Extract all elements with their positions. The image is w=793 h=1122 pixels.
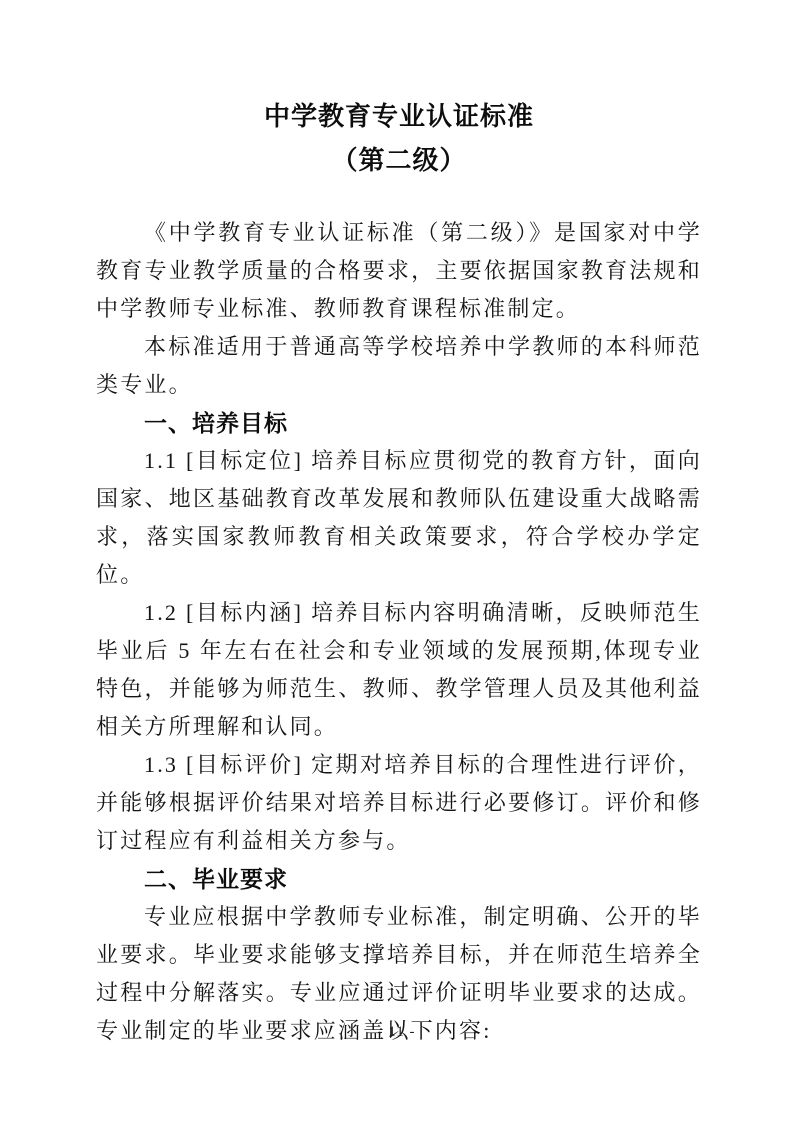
document-title: 中学教育专业认证标准	[96, 94, 702, 138]
paragraph-intro: 《中学教育专业认证标准（第二级）》是国家对中学教育专业教学质量的合格要求，主要依…	[96, 214, 702, 328]
document-subtitle: （第二级）	[96, 138, 702, 182]
document-page: 中学教育专业认证标准 （第二级） 《中学教育专业认证标准（第二级）》是国家对中学…	[0, 0, 793, 1122]
page-number: - 11 -	[0, 1022, 793, 1042]
paragraph-1-3-objective-evaluation: 1.3 [目标评价] 定期对培养目标的合理性进行评价，并能够根据评价结果对培养目…	[96, 746, 702, 860]
paragraph-scope: 本标准适用于普通高等学校培养中学教师的本科师范类专业。	[96, 328, 702, 404]
heading-section-2-graduation-requirements: 二、毕业要求	[96, 860, 702, 898]
heading-section-1-training-objectives: 一、培养目标	[96, 404, 702, 442]
document-body: 《中学教育专业认证标准（第二级）》是国家对中学教育专业教学质量的合格要求，主要依…	[96, 214, 702, 1050]
paragraph-1-2-objective-content: 1.2 [目标内涵] 培养目标内容明确清晰，反映师范生毕业后 5 年左右在社会和…	[96, 594, 702, 746]
paragraph-1-1-objective-positioning: 1.1 [目标定位] 培养目标应贯彻党的教育方针，面向国家、地区基础教育改革发展…	[96, 442, 702, 594]
page-content: 中学教育专业认证标准 （第二级） 《中学教育专业认证标准（第二级）》是国家对中学…	[96, 94, 702, 1050]
